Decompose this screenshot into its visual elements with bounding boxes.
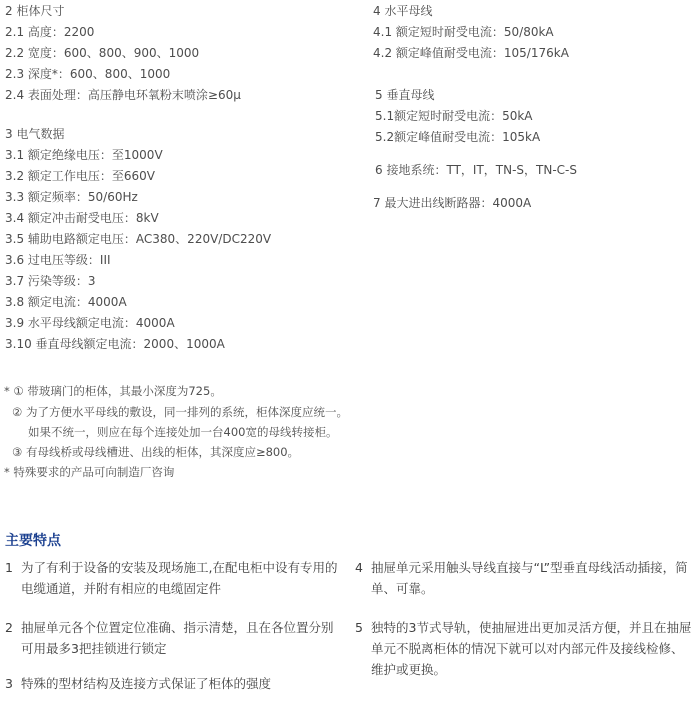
feature-number: 5	[355, 617, 363, 638]
spec-item: 2.4 表面处理：高压静电环氧粉末喷涂≥60μ	[5, 87, 241, 103]
feature-number: 4	[355, 557, 363, 578]
spec-item: 5.1额定短时耐受电流：50kA	[375, 108, 533, 124]
feature-item: 1 为了有利于设备的安装及现场施工,在配电柜中设有专用的电缆通道，并附有相应的电…	[5, 557, 345, 599]
feature-item: 4 抽屉单元采用触头导线直接与“L”型垂直母线活动插接，简单、可靠。	[355, 557, 695, 599]
spec-item: 4.1 额定短时耐受电流：50/80kA	[373, 24, 554, 40]
section-title: 5 垂直母线	[375, 87, 434, 103]
spec-item: 3.5 辅助电路额定电压：AC380、220V/DC220V	[5, 231, 271, 247]
feature-text: 独特的3节式导轨，使抽屉进出更加灵活方便，并且在抽屉单元不脱离柜体的情况下就可以…	[371, 617, 695, 680]
spec-item: 3.6 过电压等级：III	[5, 252, 111, 268]
feature-item: 5 独特的3节式导轨，使抽屉进出更加灵活方便，并且在抽屉单元不脱离柜体的情况下就…	[355, 617, 695, 680]
spec-item: 3.4 额定冲击耐受电压：8kV	[5, 210, 159, 226]
feature-item: 3 特殊的型材结构及连接方式保证了柜体的强度	[5, 673, 345, 694]
feature-item: 2 抽屉单元各个位置定位准确、指示清楚，且在各位置分别可用最多3把挂锁进行锁定	[5, 617, 345, 659]
section-title: 4 水平母线	[373, 3, 432, 19]
spec-item: 3.10 垂直母线额定电流：2000、1000A	[5, 336, 225, 352]
feature-text: 抽屉单元采用触头导线直接与“L”型垂直母线活动插接，简单、可靠。	[371, 557, 695, 599]
spec-item: 2.1 高度：2200	[5, 24, 94, 40]
spec-item: 3.2 额定工作电压：至660V	[5, 168, 155, 184]
feature-number: 1	[5, 557, 13, 578]
spec-item: 3.1 额定绝缘电压：至1000V	[5, 147, 163, 163]
note-line: ③ 有母线桥或母线槽进、出线的柜体，其深度应≥800。	[12, 444, 299, 460]
section-title: 2 柜体尺寸	[5, 3, 64, 19]
spec-section-grounding-system: 6 接地系统：TT，IT，TN-S，TN-C-S	[375, 162, 577, 178]
spec-item: 3.8 额定电流：4000A	[5, 294, 127, 310]
spec-item: 2.3 深度*：600、800、1000	[5, 66, 170, 82]
feature-text: 特殊的型材结构及连接方式保证了柜体的强度	[21, 673, 345, 694]
note-line: 如果不统一，则应在每个连接处加一台400宽的母线转接柜。	[28, 424, 337, 440]
spec-item: 5.2额定峰值耐受电流：105kA	[375, 129, 540, 145]
note-line: * ① 带玻璃门的柜体，其最小深度为725。	[4, 383, 222, 399]
spec-item: 2.2 宽度：600、800、900、1000	[5, 45, 199, 61]
feature-number: 3	[5, 673, 13, 694]
note-line: * 特殊要求的产品可向制造厂咨询	[4, 464, 174, 480]
feature-text: 为了有利于设备的安装及现场施工,在配电柜中设有专用的电缆通道，并附有相应的电缆固…	[21, 557, 345, 599]
spec-section-max-breaker: 7 最大进出线断路器：4000A	[373, 195, 531, 211]
note-line: ② 为了方便水平母线的敷设，同一排列的系统，柜体深度应统一。	[12, 404, 348, 420]
spec-item: 3.9 水平母线额定电流：4000A	[5, 315, 175, 331]
feature-text: 抽屉单元各个位置定位准确、指示清楚，且在各位置分别可用最多3把挂锁进行锁定	[21, 617, 345, 659]
features-heading: 主要特点	[5, 532, 61, 550]
spec-item: 3.7 污染等级：3	[5, 273, 96, 289]
section-title: 3 电气数据	[5, 126, 64, 142]
spec-item: 4.2 额定峰值耐受电流：105/176kA	[373, 45, 569, 61]
feature-number: 2	[5, 617, 13, 638]
spec-item: 3.3 额定频率：50/60Hz	[5, 189, 138, 205]
